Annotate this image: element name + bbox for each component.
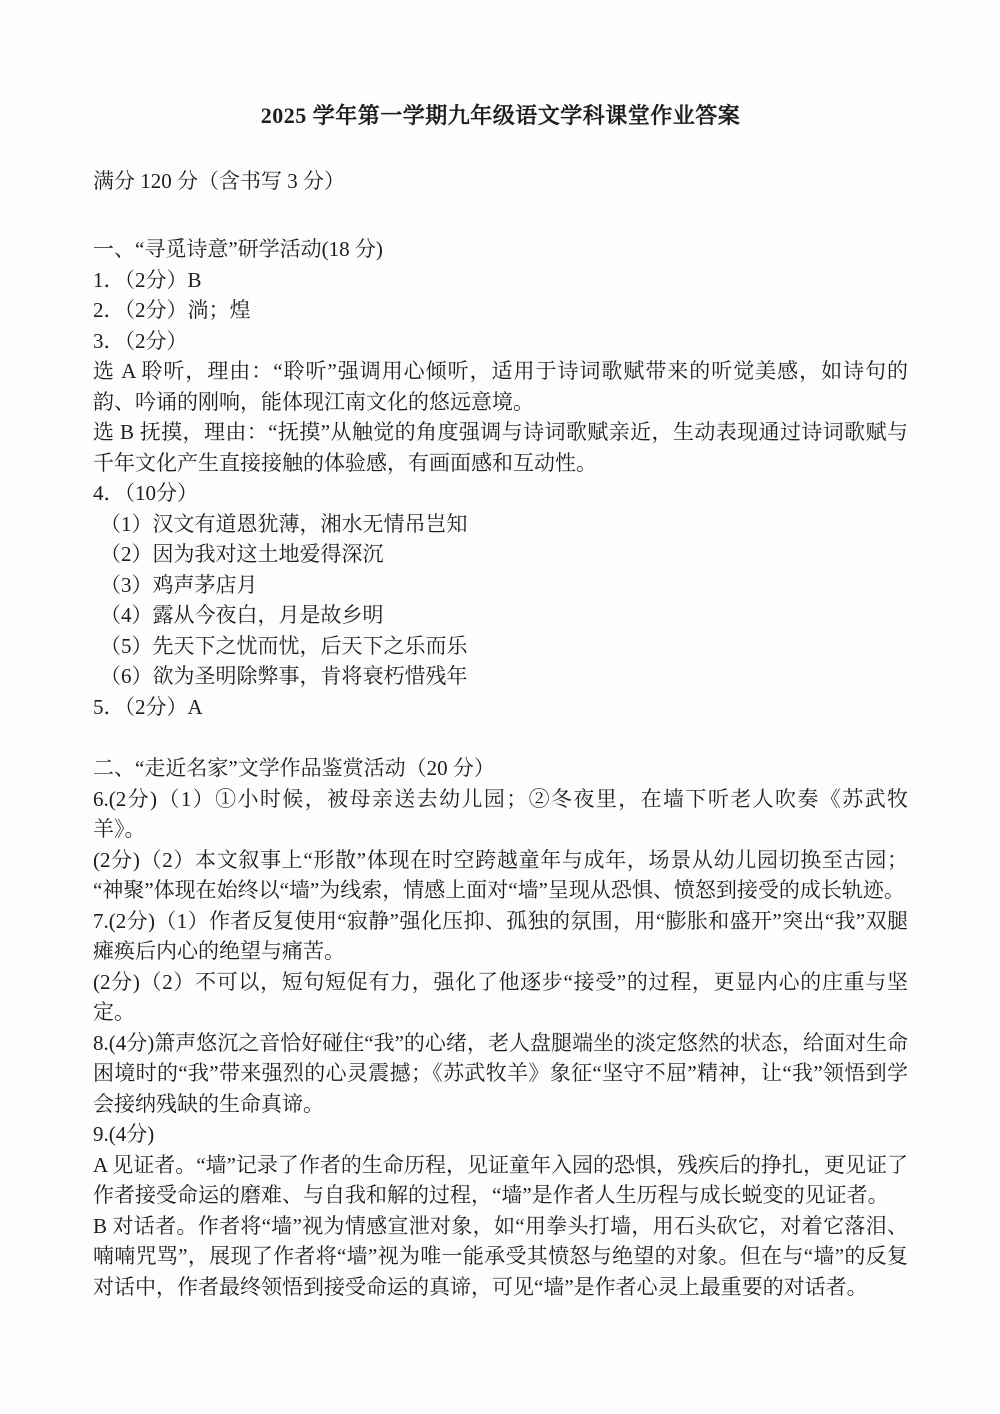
- answer-line-q4: 4．（10分）: [93, 478, 908, 509]
- answer-line-q3: 3．（2分）: [93, 326, 908, 357]
- answer-line-q7-2: (2分)（2）不可以，短句短促有力，强化了他逐步“接受”的过程，更显内心的庄重与…: [93, 967, 908, 1028]
- answer-line-q4-2: （2）因为我对这土地爱得深沉: [93, 539, 908, 570]
- section-poetry-activity: 一、“寻觅诗意”研学活动(18 分) 1．（2分）B 2．（2分）淌；煌 3．（…: [93, 234, 908, 722]
- section-literature-appreciation: 二、“走近名家”文学作品鉴赏活动（20 分） 6.(2分)（1）①小时候，被母亲…: [93, 753, 908, 1302]
- answer-line-q6-2: (2分)（2）本文叙事上“形散”体现在时空跨越童年与成年，场景从幼儿园切换至古园…: [93, 845, 908, 906]
- answer-line-q3-option-a: 选 A 聆听，理由：“聆听”强调用心倾听，适用于诗词歌赋带来的听觉美感，如诗句的…: [93, 356, 908, 417]
- answer-line-q1: 1．（2分）B: [93, 265, 908, 296]
- answer-line-q9-a: A 见证者。“墙”记录了作者的生命历程，见证童年入园的恐惧，残疾后的挣扎，更见证…: [93, 1150, 908, 1211]
- answer-line-q9: 9.(4分): [93, 1119, 908, 1150]
- answer-line-q4-1: （1）汉文有道恩犹薄，湘水无情吊岂知: [93, 509, 908, 540]
- answer-line-q9-b: B 对话者。作者将“墙”视为情感宣泄对象，如“用拳头打墙，用石头砍它，对着它落泪…: [93, 1211, 908, 1303]
- answer-line-q6-1: 6.(2分)（1）①小时候，被母亲送去幼儿园；②冬夜里，在墙下听老人吹奏《苏武牧…: [93, 784, 908, 845]
- answer-line-q4-4: （4）露从今夜白，月是故乡明: [93, 600, 908, 631]
- answer-line-q4-5: （5）先天下之忧而忧，后天下之乐而乐: [93, 631, 908, 662]
- answer-line-q4-3: （3）鸡声茅店月: [93, 570, 908, 601]
- answer-line-q3-option-b: 选 B 抚摸，理由：“抚摸”从触觉的角度强调与诗词歌赋亲近，生动表现通过诗词歌赋…: [93, 417, 908, 478]
- answer-line-q8: 8.(4分)箫声悠沉之音恰好碰住“我”的心绪，老人盘腿端坐的淡定悠然的状态，给面…: [93, 1028, 908, 1120]
- section-1-heading: 一、“寻觅诗意”研学活动(18 分): [93, 234, 908, 265]
- answer-line-q5: 5．（2分）A: [93, 692, 908, 723]
- answer-line-q4-6: （6）欲为圣明除弊事，肯将衰朽惜残年: [93, 661, 908, 692]
- answer-line-q2: 2．（2分）淌；煌: [93, 295, 908, 326]
- section-2-heading: 二、“走近名家”文学作品鉴赏活动（20 分）: [93, 753, 908, 784]
- document-page: 2025 学年第一学期九年级语文学科课堂作业答案 满分 120 分（含书写 3 …: [0, 0, 1000, 1414]
- answer-line-q7-1: 7.(2分)（1）作者反复使用“寂静”强化压抑、孤独的氛围，用“膨胀和盛开”突出…: [93, 906, 908, 967]
- score-note: 满分 120 分（含书写 3 分）: [93, 166, 908, 196]
- document-title: 2025 学年第一学期九年级语文学科课堂作业答案: [93, 100, 908, 132]
